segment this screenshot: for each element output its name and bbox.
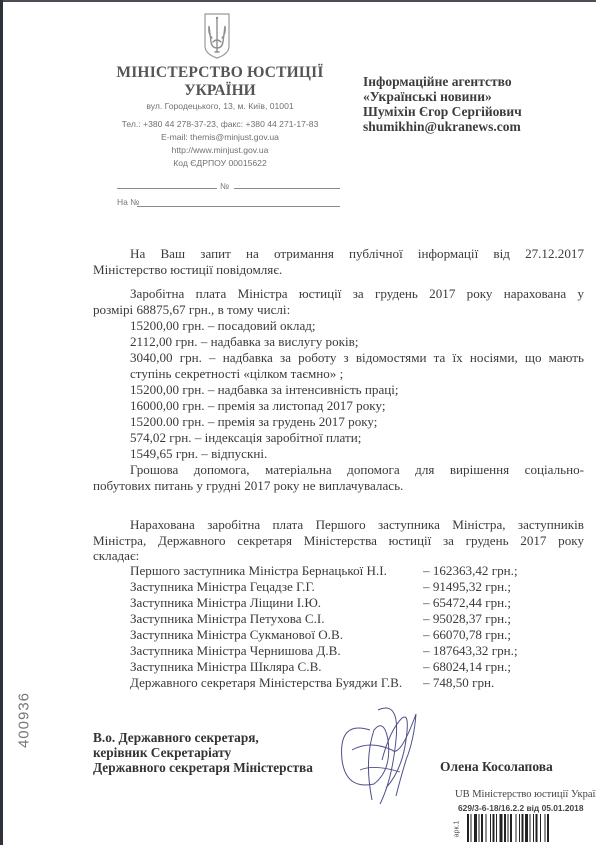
ministry-phone-fax: Тел.: +380 44 278-37-23, факс: +380 44 2… <box>100 119 340 130</box>
ministry-country: УКРАЇНИ <box>110 82 330 99</box>
deputy-amount: – 187643,32 грн.; <box>423 643 518 659</box>
deputy-amount: – 162363,42 грн.; <box>423 563 518 579</box>
reply-to-label: На № <box>117 197 139 207</box>
aid-text: Грошова допомога, матеріальна допомога д… <box>130 462 584 478</box>
deputy-name: Заступника Міністра Петухова С.І. <box>130 611 325 627</box>
deputies-intro-cont: Міністра, Державного секретаря Міністерс… <box>93 533 584 549</box>
deputy-amount: – 66070,78 грн.; <box>423 627 511 643</box>
salary-component: 15200.00 грн. – премія за грудень 2017 р… <box>130 414 377 430</box>
outgoing-number-line <box>234 188 340 189</box>
salary-component: 15200,00 грн. – посадовий оклад; <box>130 318 316 334</box>
reply-to-line <box>137 206 340 207</box>
registration-org: UB Міністерство юстиції України <box>455 789 596 800</box>
salary-component: 16000,00 грн. – премія за листопад 2017 … <box>130 398 385 414</box>
incoming-stamp-number: 400936 <box>3 690 45 750</box>
barcode-icon <box>467 814 591 842</box>
salary-component: 574,02 грн. – індексація заробітної плат… <box>130 430 361 446</box>
deputy-name: Заступника Міністра Чернишова Д.В. <box>130 643 341 659</box>
intro-text-cont: Міністерство юстиції повідомляє. <box>93 262 282 278</box>
salary-component: 3040,00 грн. – надбавка за роботу з відо… <box>130 350 584 366</box>
deputy-amount: – 68024,14 грн.; <box>423 659 511 675</box>
outgoing-number-label: № <box>220 181 229 191</box>
deputy-name: Заступника Міністра Шкляра С.В. <box>130 659 322 675</box>
ministry-website: http://www.minjust.gov.ua <box>100 145 340 156</box>
minister-salary-total: розмірі 68875,67 грн., в тому числі: <box>93 302 290 318</box>
salary-component: 2112,00 грн. – надбавка за вислугу років… <box>130 334 358 350</box>
ministry-email: E-mail: themis@minjust.gov.ua <box>100 132 340 143</box>
deputy-name: Заступника Міністра Гецадзе Г.Г. <box>130 579 315 595</box>
scan-edge-top <box>0 0 596 2</box>
signer-name: Олена Косолапова <box>440 759 553 775</box>
deputy-name: Першого заступника Міністра Бернацької Н… <box>130 563 387 579</box>
ministry-name: МІНІСТЕРСТВО ЮСТИЦІЇ <box>110 64 330 81</box>
deputies-intro-end: складає: <box>93 548 139 564</box>
deputy-amount: – 65472,44 грн.; <box>423 595 511 611</box>
minister-salary-text: Заробітна плата Міністра юстиції за груд… <box>130 286 584 302</box>
addressee-email: shumikhin@ukranews.com <box>363 119 593 135</box>
outgoing-date-line <box>117 188 217 189</box>
ministry-address: вул. Городецького, 13, м. Київ, 01001 <box>100 101 340 112</box>
salary-component-cont: ступінь секретності «цілком таємно» ; <box>130 366 343 382</box>
trident-coat-of-arms-icon <box>203 12 231 60</box>
deputy-name: Державного секретаря Міністерства Буяджи… <box>130 675 402 691</box>
registration-number: 629/3-6-18/16.2.2 від 05.01.2018 <box>458 803 583 813</box>
deputy-name: Заступника Міністра Сукманової О.В. <box>130 627 343 643</box>
handwritten-signature-icon <box>330 700 430 810</box>
salary-component: 1549,65 грн. – відпускні. <box>130 446 267 462</box>
signatory-title-end: Державного секретаря Міністерства <box>93 760 313 777</box>
salary-component: 15200,00 грн. – надбавка за інтенсивніст… <box>130 382 399 398</box>
aid-text-cont: побутових питань у грудні 2017 року не в… <box>93 478 403 494</box>
intro-text: На Ваш запит на отримання публічної інфо… <box>130 246 584 262</box>
addressee-person: Шуміхін Єгор Сергійович <box>363 104 593 120</box>
deputy-amount: – 748,50 грн. <box>423 675 494 691</box>
deputies-intro: Нарахована заробітна плата Першого засту… <box>130 517 584 533</box>
addressee-agency-name: «Українські новини» <box>363 89 593 105</box>
deputy-name: Заступника Міністра Ліщини І.Ю. <box>130 595 321 611</box>
registration-sheet: арк.1 <box>451 815 463 843</box>
addressee-agency: Інформаційне агентство <box>363 74 593 90</box>
deputy-amount: – 91495,32 грн.; <box>423 579 511 595</box>
ministry-edrpou: Код ЄДРПОУ 00015622 <box>100 158 340 169</box>
deputy-amount: – 95028,37 грн.; <box>423 611 511 627</box>
